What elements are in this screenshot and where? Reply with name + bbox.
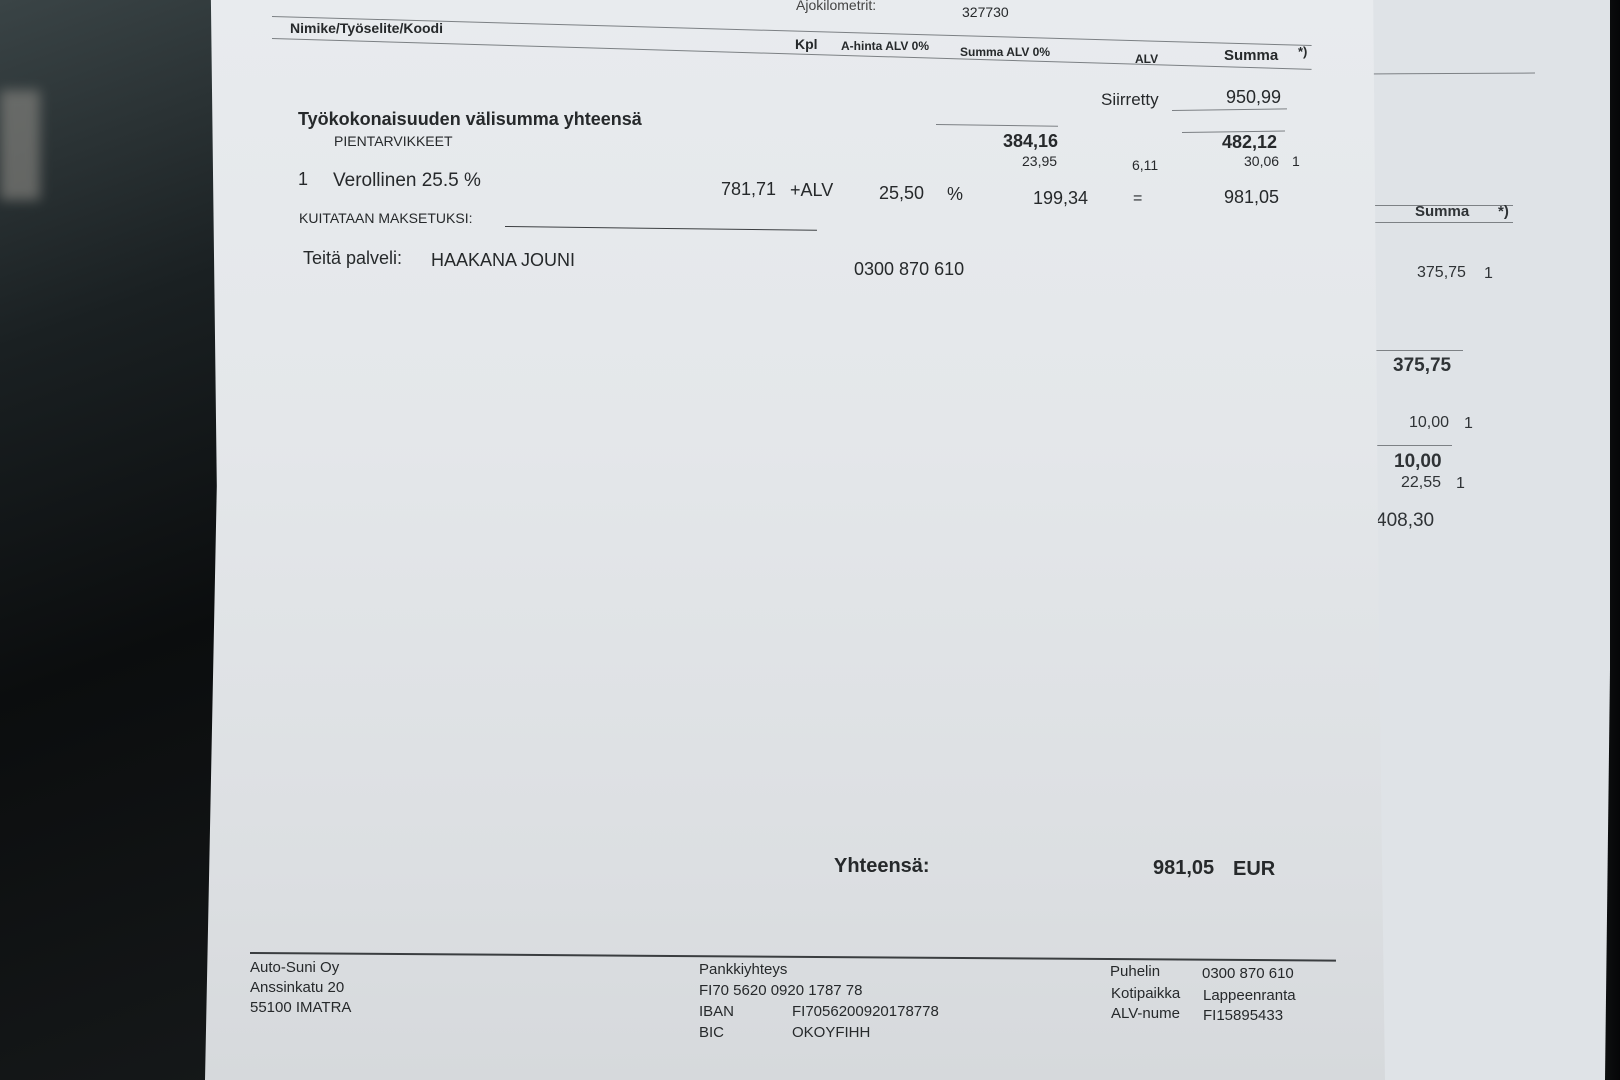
column-note: *) bbox=[1298, 44, 1307, 59]
total-value: 981,05 bbox=[1153, 857, 1214, 880]
back-invoice-sheet: Summa *) 375,75 1 375,75 10,00 1 10,00 2… bbox=[1360, 0, 1610, 1080]
divider bbox=[1368, 350, 1463, 351]
vat-total: 981,05 bbox=[1224, 187, 1279, 208]
column-sum: Summa bbox=[1224, 47, 1278, 64]
vat-label: Verollinen 25.5 % bbox=[333, 170, 481, 192]
receipt-label: KUITATAAN MAKSETUKSI: bbox=[299, 210, 472, 226]
back-value: 375,75 bbox=[1417, 264, 1466, 282]
company-street: Anssinkatu 20 bbox=[250, 979, 344, 996]
subtotal-row-name: PIENTARVIKKEET bbox=[334, 133, 453, 149]
served-by-phone: 0300 870 610 bbox=[854, 259, 964, 280]
total-label: Yhteensä: bbox=[834, 855, 930, 878]
carried-over-label: Siirretty bbox=[1101, 90, 1159, 110]
bic-value: OKOYFIHH bbox=[792, 1024, 870, 1041]
divider bbox=[1374, 445, 1452, 446]
subtotal-sum-excl-vat: 384,16 bbox=[1003, 131, 1058, 152]
vat-plus: +ALV bbox=[790, 180, 833, 201]
column-unit-price: A-hinta ALV 0% bbox=[841, 39, 929, 53]
bank-account: FI70 5620 0920 1787 78 bbox=[699, 982, 862, 999]
back-value: 22,55 bbox=[1401, 474, 1441, 492]
row-code: 1 bbox=[1292, 153, 1300, 169]
odometer-value: 327730 bbox=[962, 4, 1009, 20]
vat-percent: % bbox=[947, 184, 963, 205]
company-name: Auto-Suni Oy bbox=[250, 959, 339, 976]
bank-title: Pankkiyhteys bbox=[699, 961, 787, 978]
domicile-value: Lappeenranta bbox=[1203, 987, 1296, 1004]
back-sum-header: Summa bbox=[1415, 203, 1469, 220]
invoice-page bbox=[205, 0, 1385, 1080]
total-currency: EUR bbox=[1233, 858, 1275, 881]
iban-value: FI7056200920178778 bbox=[792, 1003, 939, 1020]
column-qty: Kpl bbox=[795, 36, 818, 52]
subtotal-sum: 482,12 bbox=[1222, 132, 1277, 153]
vat-number-label: ALV-nume bbox=[1111, 1005, 1180, 1022]
back-subtotal: 10,00 bbox=[1394, 451, 1442, 473]
divider bbox=[1368, 222, 1513, 223]
bic-label: BIC bbox=[699, 1024, 724, 1041]
carried-over-value: 950,99 bbox=[1226, 87, 1281, 108]
vat-number-value: FI15895433 bbox=[1203, 1007, 1283, 1024]
row-sum: 30,06 bbox=[1244, 153, 1279, 169]
odometer-label: Ajokilometrit: bbox=[796, 0, 876, 13]
vat-rate: 25,50 bbox=[879, 183, 924, 204]
domicile-label: Kotipaikka bbox=[1111, 985, 1180, 1002]
company-city: 55100 IMATRA bbox=[250, 999, 351, 1016]
vat-amount: 199,34 bbox=[1033, 188, 1088, 209]
back-note-mark: *) bbox=[1498, 203, 1509, 220]
back-value: 10,00 bbox=[1409, 414, 1449, 432]
column-item: Nimike/Työselite/Koodi bbox=[290, 20, 443, 36]
row-sum-excl-vat: 23,95 bbox=[1022, 153, 1057, 169]
back-code: 1 bbox=[1456, 475, 1465, 493]
served-by-name: HAAKANA JOUNI bbox=[431, 250, 575, 271]
vat-index: 1 bbox=[298, 169, 308, 190]
phone-label: Puhelin bbox=[1110, 963, 1160, 980]
subtotal-title: Työkokonaisuuden välisumma yhteensä bbox=[298, 109, 642, 130]
phone-value: 0300 870 610 bbox=[1202, 965, 1294, 982]
back-code: 1 bbox=[1464, 415, 1473, 433]
back-total: 408,30 bbox=[1376, 510, 1434, 532]
divider bbox=[1365, 73, 1535, 75]
iban-label: IBAN bbox=[699, 1003, 734, 1020]
column-sum-excl-vat: Summa ALV 0% bbox=[960, 45, 1050, 59]
served-by-label: Teitä palveli: bbox=[303, 248, 402, 269]
column-vat: ALV bbox=[1135, 52, 1158, 66]
back-subtotal: 375,75 bbox=[1393, 355, 1451, 377]
vat-base: 781,71 bbox=[721, 179, 776, 200]
vat-equals: = bbox=[1133, 190, 1142, 208]
back-code: 1 bbox=[1484, 265, 1493, 283]
background-object bbox=[0, 90, 40, 200]
row-vat: 6,11 bbox=[1132, 157, 1158, 173]
